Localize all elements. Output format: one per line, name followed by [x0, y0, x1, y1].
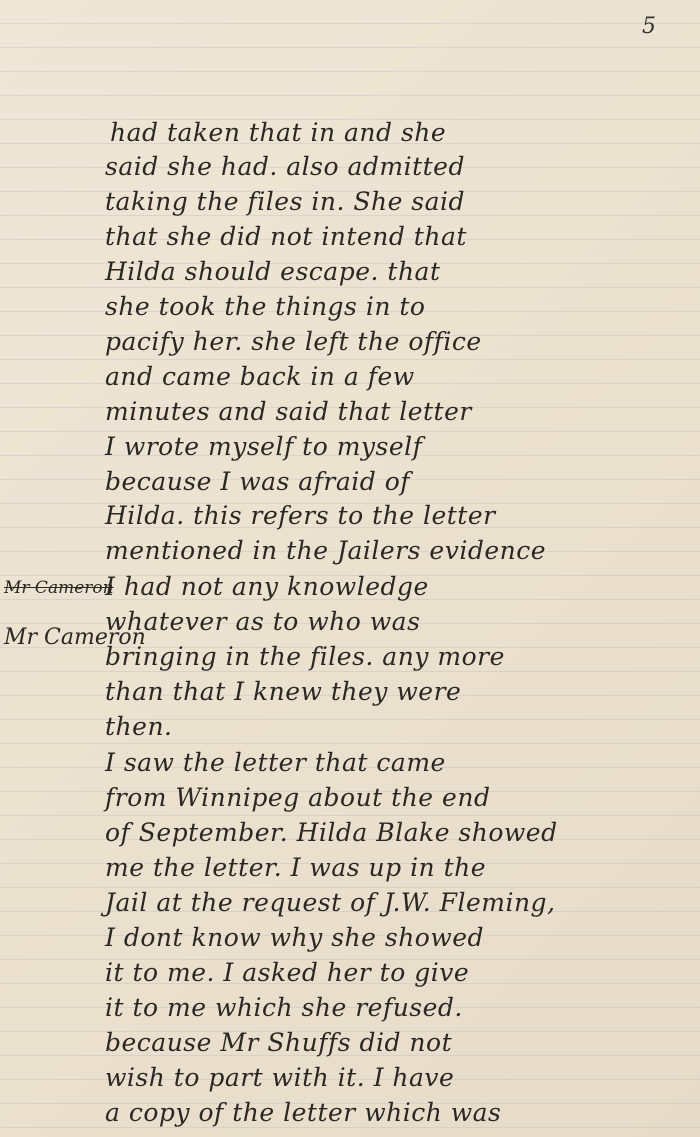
- text-line: because Mr Shuffs did not: [105, 1028, 452, 1057]
- margin-speaker-name: Mr Cameron: [4, 578, 114, 598]
- text-line: a copy of the letter which was: [105, 1098, 501, 1127]
- text-line: Hilda. this refers to the letter: [105, 501, 496, 530]
- text-line: because I was afraid of: [105, 467, 410, 496]
- text-line: minutes and said that letter: [105, 397, 472, 426]
- text-line: it to me. I asked her to give: [105, 958, 469, 987]
- text-line: had taken that in and she: [110, 118, 446, 147]
- text-line: mentioned in the Jailers evidence: [105, 536, 546, 565]
- manuscript-page: 5 had taken that in and she said she had…: [0, 0, 700, 1137]
- text-line: I wrote myself to myself: [105, 432, 422, 461]
- text-line: said she had. also admitted: [105, 152, 465, 181]
- text-line: I had not any knowledge: [105, 572, 429, 601]
- text-line: I dont know why she showed: [105, 923, 484, 952]
- text-line: Jail at the request of J.W. Fleming,: [105, 888, 556, 917]
- text-line: wish to part with it. I have: [105, 1063, 454, 1092]
- text-line: she took the things in to: [105, 292, 425, 321]
- text-line: I saw the letter that came: [105, 748, 446, 777]
- text-line: from Winnipeg about the end: [105, 783, 490, 812]
- text-line: than that I knew they were: [105, 677, 461, 706]
- text-line: of September. Hilda Blake showed: [105, 818, 558, 847]
- text-line: taking the files in. She said: [105, 187, 465, 216]
- page-number: 5: [642, 14, 656, 39]
- text-line: then.: [105, 712, 173, 741]
- text-line: it to me which she refused.: [105, 993, 463, 1022]
- text-line: and came back in a few: [105, 362, 415, 391]
- text-line: me the letter. I was up in the: [105, 853, 486, 882]
- text-line: Hilda should escape. that: [105, 257, 441, 286]
- margin-speaker-name: Mr Cameron: [4, 625, 146, 650]
- text-line: whatever as to who was: [105, 607, 420, 636]
- text-line: that she did not intend that: [105, 222, 467, 251]
- text-line: bringing in the files. any more: [105, 642, 505, 671]
- text-line: pacify her. she left the office: [105, 327, 482, 356]
